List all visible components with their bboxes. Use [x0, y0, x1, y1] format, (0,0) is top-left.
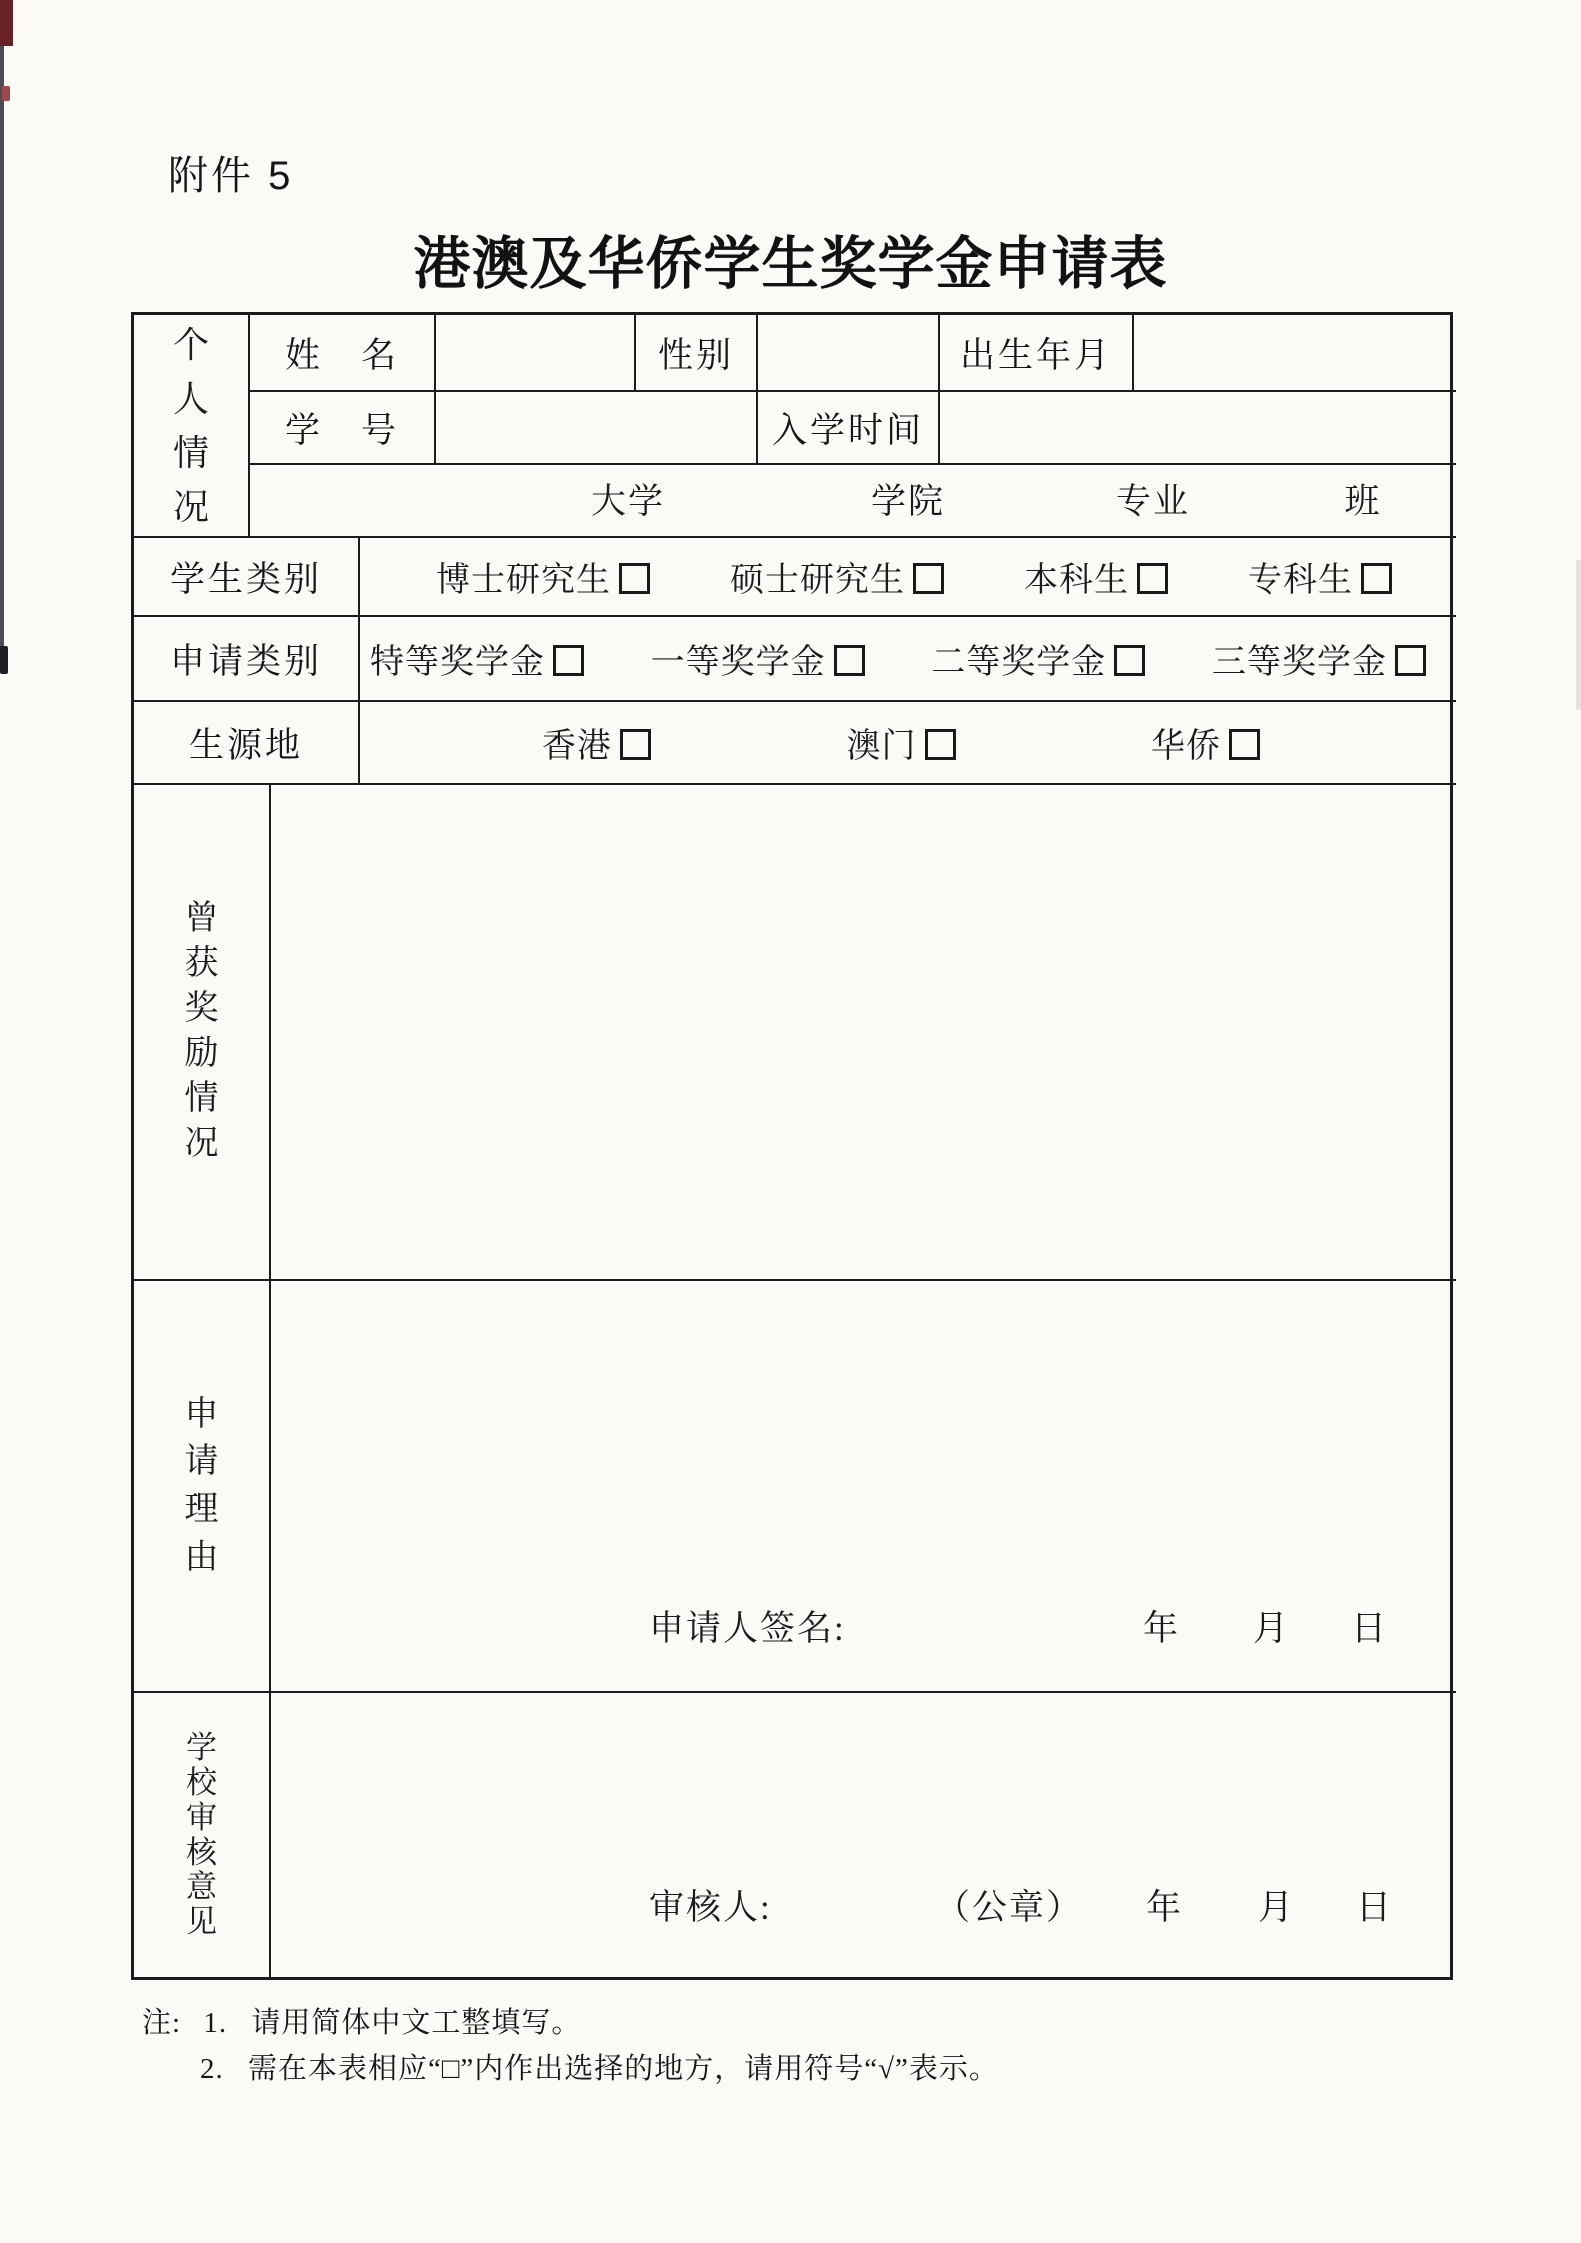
note-line-2: 2. 需在本表相应“□”内作出选择的地方，请用符号“√”表示。 [200, 2046, 999, 2087]
review-label-cell: 学校审核意见 [134, 1693, 271, 1978]
form-title: 港澳及华侨学生奖学金申请表 [0, 218, 1581, 300]
checkbox-macau [925, 729, 956, 760]
option-second-scholarship: 二等奖学金 [931, 634, 1145, 683]
option-undergraduate: 本科生 [1024, 552, 1168, 601]
gender-label-cell: 性别 [636, 315, 758, 392]
reviewer-label: 审核人: [649, 1880, 772, 1930]
name-label: 姓 名 [285, 328, 399, 378]
option-third-scholarship: 三等奖学金 [1212, 634, 1426, 683]
student-id-label-cell: 学 号 [250, 392, 436, 465]
review-content-cell: 审核人: （公章） 年 月 日 [271, 1693, 1456, 1978]
reason-month-label: 月 [1253, 1601, 1290, 1651]
note-prefix: 注: [142, 2007, 181, 2039]
checkbox-undergraduate [1137, 563, 1168, 594]
note-1-text: 请用简体中文工整填写。 [251, 2007, 581, 2039]
birth-date-label: 出生年月 [960, 328, 1112, 378]
checkbox-master [913, 563, 944, 594]
student-id-label: 学 号 [285, 403, 399, 453]
student-type-options-cell: 博士研究生 硕士研究生 本科生 专科生 [360, 538, 1456, 617]
option-overseas-chinese: 华侨 [1151, 718, 1260, 767]
attachment-label: 附件 5 [168, 144, 293, 201]
gender-label: 性别 [658, 328, 734, 378]
reason-content-cell: 申请人签名: 年 月 日 [271, 1281, 1456, 1693]
name-input-cell [436, 315, 636, 392]
official-seal-label: （公章） [935, 1880, 1083, 1930]
awards-label-cell: 曾获奖励情况 [134, 785, 271, 1281]
gender-input-cell [758, 315, 940, 392]
scan-right-shadow [1576, 560, 1581, 710]
enrollment-label-cell: 入学时间 [758, 392, 940, 465]
enrollment-input-cell [940, 392, 1456, 465]
review-month-label: 月 [1258, 1880, 1295, 1930]
application-type-label: 申请类别 [170, 634, 322, 684]
option-doctoral: 博士研究生 [436, 552, 650, 601]
note-2-text: 需在本表相应“□”内作出选择的地方，请用符号“√”表示。 [248, 2053, 999, 2085]
checkbox-third-scholarship [1395, 645, 1426, 676]
awards-content-cell [271, 785, 1456, 1281]
option-hongkong: 香港 [542, 718, 651, 767]
reason-year-label: 年 [1143, 1601, 1180, 1651]
option-macau: 澳门 [847, 718, 956, 767]
personal-section-cell: 个人情况 [134, 315, 250, 538]
student-type-label: 学生类别 [170, 552, 322, 602]
awards-label: 曾获奖励情况 [182, 897, 221, 1166]
note-line-1: 注: 1. 请用简体中文工整填写。 [142, 2000, 581, 2041]
checkbox-junior-college [1361, 563, 1392, 594]
birth-date-label-cell: 出生年月 [940, 315, 1134, 392]
major-label: 专业 [1116, 474, 1190, 524]
origin-label-cell: 生源地 [134, 702, 360, 785]
university-label: 大学 [591, 474, 665, 524]
scan-red-mark [0, 0, 13, 46]
review-day-label: 日 [1356, 1880, 1393, 1930]
birth-date-input-cell [1134, 315, 1456, 392]
review-label: 学校审核意见 [184, 1731, 220, 1939]
checkbox-hongkong [620, 729, 651, 760]
personal-section-label: 个人情况 [170, 318, 211, 534]
scan-ink-blob [0, 646, 8, 674]
application-type-options-cell: 特等奖学金 一等奖学金 二等奖学金 三等奖学金 [360, 617, 1456, 702]
enrollment-label: 入学时间 [772, 403, 924, 453]
class-label: 班 [1344, 474, 1381, 524]
applicant-signature-label: 申请人签名: [649, 1601, 846, 1651]
reason-label: 申请理由 [182, 1391, 221, 1581]
checkbox-overseas-chinese [1229, 729, 1260, 760]
option-special-scholarship: 特等奖学金 [370, 634, 584, 683]
origin-options-cell: 香港 澳门 华侨 [360, 702, 1456, 785]
option-junior-college: 专科生 [1248, 552, 1392, 601]
name-label-cell: 姓 名 [250, 315, 436, 392]
reason-day-label: 日 [1351, 1601, 1388, 1651]
student-id-input-cell [436, 392, 758, 465]
student-type-label-cell: 学生类别 [134, 538, 360, 617]
origin-label: 生源地 [189, 718, 303, 768]
college-label: 学院 [871, 474, 945, 524]
school-line-cell: 大学 学院 专业 班 [250, 465, 1456, 538]
application-type-label-cell: 申请类别 [134, 617, 360, 702]
checkbox-special-scholarship [553, 645, 584, 676]
note-2-number: 2. [200, 2053, 224, 2085]
reason-label-cell: 申请理由 [134, 1281, 271, 1693]
option-first-scholarship: 一等奖学金 [651, 634, 865, 683]
review-year-label: 年 [1146, 1880, 1183, 1930]
checkbox-doctoral [619, 563, 650, 594]
option-master: 硕士研究生 [730, 552, 944, 601]
note-1-number: 1. [203, 2007, 227, 2039]
checkbox-second-scholarship [1114, 645, 1145, 676]
application-form-table: 个人情况 姓 名 性别 出生年月 学 号 入学时间 大学 学院 专业 班 学生类… [131, 312, 1453, 1980]
scan-red-dot [2, 86, 10, 101]
checkbox-first-scholarship [834, 645, 865, 676]
